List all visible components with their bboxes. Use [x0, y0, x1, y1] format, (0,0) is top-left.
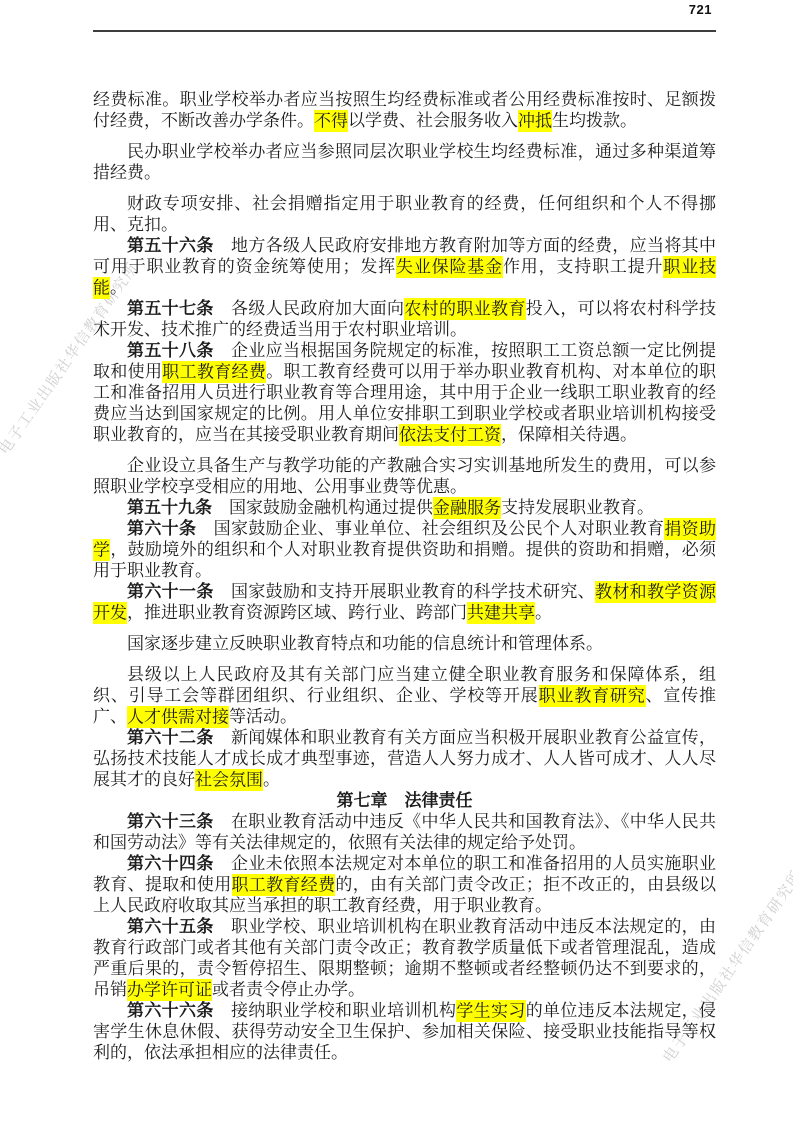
header-rule: [93, 30, 716, 32]
text-segment: 生均拨款。: [552, 111, 637, 130]
document-content: 经费标准。职业学校举办者应当按照生均经费标准或者公用经费标准按时、足额拨付经费，…: [93, 89, 716, 1063]
text-segment: ，保障相关待遇。: [501, 425, 637, 444]
text-segment: 。: [110, 278, 127, 297]
text-segment: 支持发展职业教育。: [501, 498, 654, 517]
chapter-heading: 第七章 法律责任: [93, 790, 716, 811]
highlighted-text: 职业教育研究: [539, 685, 646, 707]
highlighted-text: 依法支付工资: [399, 424, 501, 446]
text-segment: 接纳职业学校和职业培训机构: [214, 1001, 457, 1020]
text-segment: 等活动。: [229, 707, 297, 726]
highlighted-text: 人才供需对接: [127, 706, 229, 728]
paragraph: 第六十二条 新闻媒体和职业教育有关方面应当积极开展职业教育公益宣传，弘扬技术技能…: [93, 727, 716, 790]
highlighted-text: 共建共享: [467, 602, 535, 624]
article-number: 第六十六条: [127, 1001, 214, 1020]
paragraph: 第五十九条 国家鼓励金融机构通过提供金融服务支持发展职业教育。: [93, 497, 716, 518]
text-segment: 以学费、社会服务收入: [348, 111, 518, 130]
paragraph: 企业设立具备生产与教学功能的产教融合实习实训基地所发生的费用，可以参照职业学校享…: [93, 455, 716, 497]
text-segment: 或者责令停止办学。: [212, 980, 365, 999]
article-number: 第七章 法律责任: [337, 791, 473, 810]
highlighted-text: 职工教育经费: [232, 874, 336, 896]
paragraph: 第五十六条 地方各级人民政府安排地方教育附加等方面的经费，应当将其中可用于职业教…: [93, 235, 716, 298]
paragraph: 第六十六条 接纳职业学校和职业培训机构学生实习的单位违反本法规定，侵害学生休息休…: [93, 1000, 716, 1063]
article-number: 第六十三条: [127, 812, 214, 831]
text-segment: 国家逐步建立反映职业教育特点和功能的信息统计和管理体系。: [127, 634, 603, 653]
paragraph: 第五十七条 各级人民政府加大面向农村的职业教育投入，可以将农村科学技术开发、技术…: [93, 298, 716, 340]
highlighted-text: 学生实习: [456, 1000, 525, 1022]
paragraph: 经费标准。职业学校举办者应当按照生均经费标准或者公用经费标准按时、足额拨付经费，…: [93, 89, 716, 131]
highlighted-text: 社会氛围: [195, 769, 263, 791]
article-number: 第五十七条: [127, 299, 214, 318]
article-number: 第六十一条: [127, 582, 214, 601]
text-segment: 国家鼓励和支持开展职业教育的科学技术研究、: [214, 582, 595, 601]
article-number: 第六十条: [127, 519, 196, 538]
text-segment: 财政专项安排、社会捐赠指定用于职业教育的经费，任何组织和个人不得挪用、克扣。: [93, 194, 716, 234]
paragraph: 第六十三条 在职业教育活动中违反《中华人民共和国教育法》、《中华人民共和国劳动法…: [93, 811, 716, 853]
text-segment: 国家鼓励企业、事业单位、社会组织及公民个人对职业教育: [196, 519, 664, 538]
text-segment: 民办职业学校举办者应当参照同层次职业学校生均经费标准，通过多种渠道筹措经费。: [93, 142, 716, 182]
article-number: 第五十九条: [127, 498, 212, 517]
paragraph: 第六十五条 职业学校、职业培训机构在职业教育活动中违反本法规定的，由教育行政部门…: [93, 916, 716, 1000]
document-page: { "page": { "number": "721", "watermark_…: [0, 0, 793, 1122]
paragraph: 民办职业学校举办者应当参照同层次职业学校生均经费标准，通过多种渠道筹措经费。: [93, 141, 716, 183]
paragraph: 第六十四条 企业未依照本法规定对本单位的职工和准备招用的人员实施职业教育、提取和…: [93, 853, 716, 916]
text-segment: 。: [535, 603, 552, 622]
text-segment: 国家鼓励金融机构通过提供: [212, 498, 433, 517]
article-number: 第六十五条: [127, 917, 214, 936]
paragraph: 第五十八条 企业应当根据国务院规定的标准，按照职工工资总额一定比例提取和使用职工…: [93, 340, 716, 445]
paragraph: 县级以上人民政府及其有关部门应当建立健全职业教育服务和保障体系，组织、引导工会等…: [93, 664, 716, 727]
paragraph: 财政专项安排、社会捐赠指定用于职业教育的经费，任何组织和个人不得挪用、克扣。: [93, 193, 716, 235]
highlighted-text: 农村的职业教育: [404, 298, 525, 320]
highlighted-text: 不得: [314, 110, 348, 132]
text-segment: 作用，支持职工提升: [503, 257, 663, 276]
text-segment: 各级人民政府加大面向: [214, 299, 405, 318]
paragraph: 第六十条 国家鼓励企业、事业单位、社会组织及公民个人对职业教育捐资助学，鼓励境外…: [93, 518, 716, 581]
text-segment: 。: [263, 770, 280, 789]
page-number: 721: [689, 2, 712, 17]
highlighted-text: 冲抵: [518, 110, 552, 132]
highlighted-text: 失业保险基金: [396, 256, 503, 278]
text-segment: ，鼓励境外的组织和个人对职业教育提供资助和捐赠。提供的资助和捐赠，必须用于职业教…: [93, 540, 716, 580]
paragraph: 第六十一条 国家鼓励和支持开展职业教育的科学技术研究、教材和教学资源开发，推进职…: [93, 581, 716, 623]
highlighted-text: 金融服务: [433, 497, 501, 519]
article-number: 第五十八条: [127, 341, 214, 360]
highlighted-text: 办学许可证: [127, 979, 212, 1001]
article-number: 第六十二条: [127, 728, 214, 747]
paragraph: 国家逐步建立反映职业教育特点和功能的信息统计和管理体系。: [93, 633, 716, 654]
highlighted-text: 职工教育经费: [162, 361, 266, 383]
article-number: 第五十六条: [127, 236, 214, 255]
text-segment: ，推进职业教育资源跨区域、跨行业、跨部门: [127, 603, 467, 622]
article-number: 第六十四条: [127, 854, 214, 873]
text-segment: 企业设立具备生产与教学功能的产教融合实习实训基地所发生的费用，可以参照职业学校享…: [93, 456, 716, 496]
